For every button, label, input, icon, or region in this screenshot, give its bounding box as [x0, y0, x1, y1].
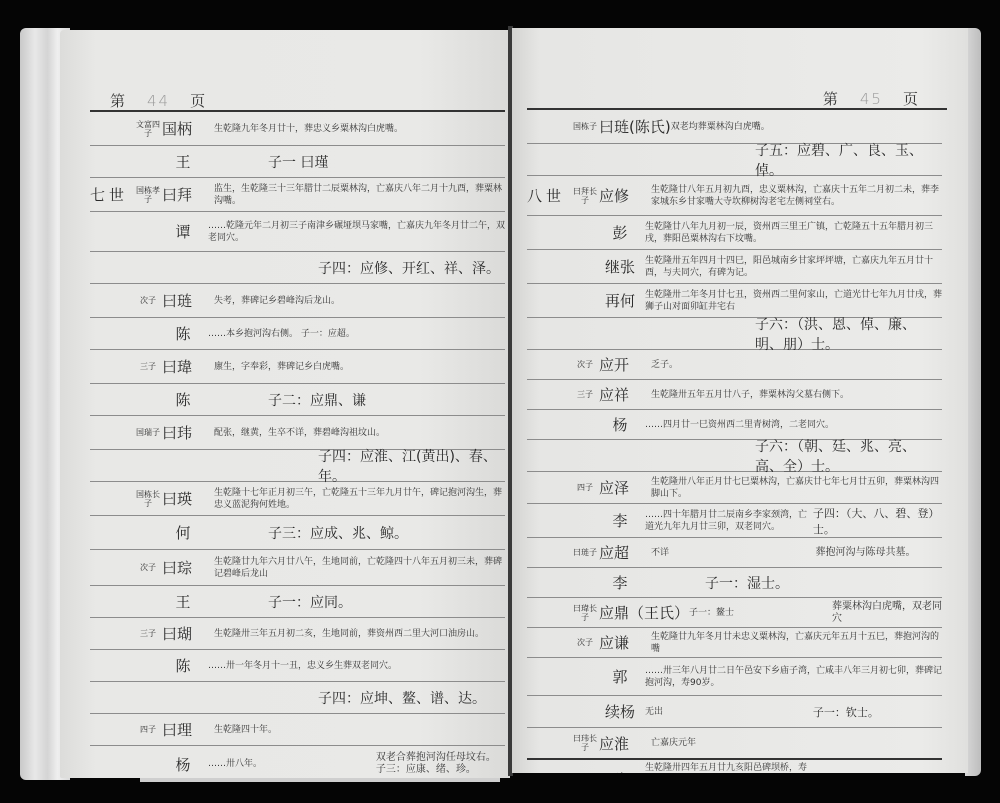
relation-label: 四子 [134, 725, 162, 734]
genealogy-row: 续杨无出子一：钦士。 [527, 696, 942, 728]
generation-label: 八世 [527, 185, 571, 206]
page-number: 44 [147, 92, 170, 110]
children-list: 子一：钦士。 [813, 704, 942, 720]
children-list: 子三：应成、兆、鲸。 [208, 523, 505, 543]
genealogy-row: 子四：应坤、鳌、谱、达。 [90, 682, 505, 714]
genealogy-row: 子四：应修、开红、祥、泽。 [90, 252, 505, 284]
spouse-name: 继张 [595, 256, 645, 277]
left-page: 第44页 文富四子国柄生乾隆九年冬月廿十，葬忠义乡粟林沟白虎嘴。王子一 曰瑾七世… [60, 30, 510, 778]
genealogy-row: 四子应泽生乾隆卅八年正月廿七巳粟林沟，亡嘉庆廿七年七月廿五卯，葬粟林沟四脚山下。 [527, 472, 942, 504]
biography-note: 生乾隆廿八年五月初九酉，忠义粟林沟，亡嘉庆十五年二月初二未，葬李家城东乡甘家嘴大… [651, 184, 942, 208]
children-list: 子四：（大、八、碧、登）士。 [813, 505, 942, 537]
genealogy-row: 李……四十年腊月廿二辰南乡李家颈湾，亡道光九年九月廿三卯，双老同穴。子四：（大、… [527, 504, 942, 538]
children-list: 子六：（朝、廷、兆、亮、高、全）士。 [645, 436, 942, 476]
person-name: 应泽 [599, 477, 651, 498]
genealogy-row: 次子应谦生乾隆廿九年冬月廿未忠义粟林沟，亡嘉庆元年五月十五巳，葬抱河沟的嘴 [527, 628, 942, 658]
biography-note: 生乾隆卅五年五月廿八子，葬粟林沟父墓右侧下。 [651, 389, 942, 401]
biography-note: 生乾隆廿八年九月初一辰，资州西三里王广镇，亡乾隆五十五年腊月初三戌，葬阳邑粟林沟… [645, 221, 942, 245]
person-name: 曰瑋 [162, 356, 214, 377]
genealogy-row: 陈……卅一年冬月十一丑，忠义乡生葬双老同穴。 [90, 650, 505, 682]
generation-label: 七世 [90, 184, 134, 205]
biography-note: 乏子。 [651, 359, 942, 371]
genealogy-row: 李子一：湿士。 [527, 568, 942, 598]
relation-label: 曰拜长子 [571, 187, 599, 205]
page-number: 45 [860, 90, 883, 108]
biography-note: 生乾隆四十年。 [214, 724, 505, 736]
spouse-name: 李 [595, 510, 645, 531]
biography-note: ……卅三年八月廿二日午邑安下乡庙子湾，亡咸丰八年三月初七卯，葬碑记抱河沟，寿90… [645, 665, 942, 689]
biography-note: 生乾隆廿九年六月廿八午，生地同前，亡乾隆四十八年五月初三未，葬碑记碧峰后龙山 [214, 556, 505, 580]
genealogy-row: 三子曰瑋廪生，字奉彩，葬碑记乡白虎嘴。 [90, 350, 505, 384]
genealogy-row: 七世国栋孝子曰拜监生，生乾隆三十三年腊廿二辰粟林沟，亡嘉庆八年二月十九酉，葬粟林… [90, 178, 505, 212]
genealogy-entries-left: 文富四子国柄生乾隆九年冬月廿十，葬忠义乡粟林沟白虎嘴。王子一 曰瑾七世国栋孝子曰… [90, 112, 505, 778]
biography-note: 子一：鳌士 [689, 607, 832, 619]
genealogy-row: 八世曰拜长子应修生乾隆廿八年五月初九酉，忠义粟林沟，亡嘉庆十五年二月初二未，葬李… [527, 176, 942, 216]
genealogy-row: 曰琏子应超不详葬抱河沟与陈母共墓。 [527, 538, 942, 568]
genealogy-row: 国栋长子曰瑛生乾隆十七年正月初三午，亡乾隆五十三年九月廿午，碑记抱河沟生，葬忠义… [90, 482, 505, 516]
biography-note: ……本乡抱河沟右侧。 子一：应超。 [208, 328, 505, 340]
genealogy-row: 子六：（洪、恩、倬、廉、明、朋）士。 [527, 318, 942, 350]
genealogy-row: 谭……乾隆元年二月初三子南津乡碾垭坝马家嘴，亡嘉庆九年冬月廿二午，双老同穴。 [90, 212, 505, 252]
biography-note: ……卅八年。 [208, 758, 376, 770]
biography-note: 失考，葬碑记乡碧峰沟后龙山。 [214, 295, 505, 307]
person-name: 应祥 [599, 384, 651, 405]
person-name: 应修 [599, 185, 651, 206]
genealogy-row: 子五：应碧、广、良、玉、倬。 [527, 144, 942, 176]
relation-label: 国栋子 [571, 122, 599, 131]
biography-note: 双老均葬粟林沟白虎嘴。 [671, 121, 942, 133]
biography-note: 生乾隆十七年正月初三午，亡乾隆五十三年九月廿午，碑记抱河沟生，葬忠义蓝泥狗何姓地… [214, 487, 505, 511]
genealogy-row: 陈……本乡抱河沟右侧。 子一：应超。 [90, 318, 505, 350]
relation-label: 国栋长子 [134, 490, 162, 508]
page-suffix: 页 [190, 92, 207, 110]
spouse-name: 再何 [595, 290, 645, 311]
relation-label: 文富四子 [134, 120, 162, 138]
spouse-name: 谭 [158, 221, 208, 242]
children-list: 子四：应修、开红、祥、泽。 [208, 258, 505, 278]
relation-label: 三子 [134, 362, 162, 371]
biography-note: 生乾隆卅三年五月初二亥，生地同前，葬资州西二里大河口油房山。 [214, 628, 505, 640]
biography-note: 生乾隆卅五年四月十四巳，阳邑城南乡甘家坪坪塘，亡嘉庆九年五月廿十酉，与夫同穴，有… [645, 255, 942, 279]
biography-note: 配张，继黄，生卒不详，葬碧峰沟祖坟山。 [214, 427, 505, 439]
genealogy-row: 四子曰理生乾隆四十年。 [90, 714, 505, 746]
biography-note: 生乾隆廿九年冬月廿未忠义粟林沟，亡嘉庆元年五月十五巳，葬抱河沟的嘴 [651, 631, 942, 655]
genealogy-row: 次子曰琮生乾隆廿九年六月廿八午，生地同前，亡乾隆四十八年五月初三未，葬碑记碧峰后… [90, 550, 505, 586]
relation-label: 曰玮长子 [571, 734, 599, 752]
biography-note: 生乾隆九年冬月廿十，葬忠义乡粟林沟白虎嘴。 [214, 123, 505, 135]
person-name: 应开 [599, 354, 651, 375]
genealogy-row: 次子曰琏失考，葬碑记乡碧峰沟后龙山。 [90, 284, 505, 318]
genealogy-row: 文富四子国柄生乾隆九年冬月廿十，葬忠义乡粟林沟白虎嘴。 [90, 112, 505, 146]
children-list: 子一：应同。 [208, 592, 505, 612]
genealogy-row: 陈子二：应鼎、谦 [90, 384, 505, 416]
biography-note: ……乾隆元年二月初三子南津乡碾垭坝马家嘴，亡嘉庆九年冬月廿二午，双老同穴。 [208, 220, 505, 244]
spouse-name: 杨 [595, 414, 645, 435]
children-list: 子二：(荣、维)士。 [813, 772, 942, 774]
genealogy-row: 曰玮长子应淮亡嘉庆元年 [527, 728, 942, 760]
page-prefix: 第 [110, 92, 127, 110]
biography-note: 生乾隆卅八年正月廿七巳粟林沟，亡嘉庆廿七年七月廿五卯，葬粟林沟四脚山下。 [651, 476, 942, 500]
genealogy-row: 三子应祥生乾隆卅五年五月廿八子，葬粟林沟父墓右侧下。 [527, 380, 942, 410]
relation-label: 国瑞子 [134, 428, 162, 437]
children-list: 子四：应坤、鳌、谱、达。 [208, 688, 505, 708]
genealogy-row: 陈生乾隆卅四年五月廿九亥阳邑碑坝桥，寿86岁，亡咸丰三年正月初三卯，葬碧峰沟祠左… [527, 760, 942, 773]
spouse-name: 李 [595, 572, 645, 593]
genealogy-row: 子六：（朝、廷、兆、亮、高、全）士。 [527, 440, 942, 472]
person-name: 曰琏(陈氏) [599, 116, 671, 137]
genealogy-row: 子四：应淮、江(黄出)、春、年。 [90, 450, 505, 482]
page-suffix: 页 [903, 90, 920, 108]
page-prefix: 第 [823, 90, 840, 108]
biography-note: 廪生，字奉彩，葬碑记乡白虎嘴。 [214, 361, 505, 373]
biography-note: ……四十年腊月廿二辰南乡李家颈湾，亡道光九年九月廿三卯，双老同穴。 [645, 509, 813, 533]
person-name: 曰玮 [162, 422, 214, 443]
biography-note: 无出 [645, 706, 813, 718]
right-page-header: 第45页 [823, 88, 920, 109]
relation-label: 三子 [571, 390, 599, 399]
relation-label: 国栋孝子 [134, 186, 162, 204]
children-list: 子二：应鼎、谦 [208, 390, 505, 410]
children-list: 子四：应淮、江(黄出)、春、年。 [208, 446, 505, 486]
genealogy-row: 次子应开乏子。 [527, 350, 942, 380]
relation-label: 曰瑋长子 [571, 604, 599, 622]
spouse-name: 王 [158, 591, 208, 612]
right-page: 第45页 国栋子曰琏(陈氏)双老均葬粟林沟白虎嘴。子五：应碧、广、良、玉、倬。八… [512, 28, 968, 773]
relation-label: 三子 [134, 629, 162, 638]
genealogy-row: 何子三：应成、兆、鲸。 [90, 516, 505, 550]
relation-label: 次子 [571, 638, 599, 647]
person-name: 国柄 [162, 118, 214, 139]
genealogy-row: 彭生乾隆廿八年九月初一辰，资州西三里王广镇，亡乾隆五十五年腊月初三戌，葬阳邑粟林… [527, 216, 942, 250]
person-name: 应淮 [599, 733, 651, 754]
burial-note: 葬抱河沟与陈母共墓。 [815, 547, 942, 559]
spouse-name: 何 [158, 522, 208, 543]
genealogy-row: 三子曰瑚生乾隆卅三年五月初二亥，生地同前，葬资州西二里大河口油房山。 [90, 618, 505, 650]
person-name: 应超 [599, 542, 651, 563]
biography-note: ……四月廿一巳资州西二里青树湾，二老同穴。 [645, 419, 942, 431]
children-list: 子一：湿士。 [645, 573, 942, 593]
spouse-name: 彭 [595, 222, 645, 243]
relation-label: 次子 [571, 360, 599, 369]
spouse-name: 杨 [158, 754, 208, 775]
genealogy-row: 杨……卅八年。双老合葬抱河沟任母坟右。子三：应康、绪、珍。 [90, 746, 505, 778]
biography-note: 不详 [651, 547, 815, 559]
spouse-name: 陈 [595, 769, 645, 773]
spouse-name: 陈 [158, 389, 208, 410]
spouse-name: 陈 [158, 323, 208, 344]
person-name: 曰拜 [162, 184, 214, 205]
children-list: 子五：应碧、广、良、玉、倬。 [645, 140, 942, 180]
biography-note: 亡嘉庆元年 [651, 737, 942, 749]
biography-note: 监生，生乾隆三十三年腊廿二辰粟林沟，亡嘉庆八年二月十九酉，葬粟林沟嘴。 [214, 183, 505, 207]
person-name: 曰瑚 [162, 623, 214, 644]
burial-note: 葬粟林沟白虎嘴，双老同穴 [832, 601, 942, 625]
children-list: 子六：（洪、恩、倬、廉、明、朋）士。 [645, 314, 942, 354]
biography-note: ……卅一年冬月十一丑，忠义乡生葬双老同穴。 [208, 660, 505, 672]
burial-note: 双老合葬抱河沟任母坟右。子三：应康、绪、珍。 [376, 752, 505, 776]
children-list: 子一 曰瑾 [208, 152, 505, 172]
spouse-name: 续杨 [595, 701, 645, 722]
genealogy-row: 继张生乾隆卅五年四月十四巳，阳邑城南乡甘家坪坪塘，亡嘉庆九年五月廿十酉，与夫同穴… [527, 250, 942, 284]
person-name: 曰理 [162, 719, 214, 740]
spouse-name: 郭 [595, 666, 645, 687]
person-name: 应谦 [599, 632, 651, 653]
relation-label: 四子 [571, 483, 599, 492]
genealogy-row: 王子一 曰瑾 [90, 146, 505, 178]
person-name: 曰瑛 [162, 488, 214, 509]
spouse-name: 陈 [158, 655, 208, 676]
genealogy-row: 郭……卅三年八月廿二日午邑安下乡庙子湾，亡咸丰八年三月初七卯，葬碑记抱河沟，寿9… [527, 658, 942, 696]
biography-note: 生乾隆卅二年冬月廿七丑，资州西二里何家山，亡道光廿七年九月廿戌，葬狮子山对面卯缸… [645, 289, 942, 313]
relation-label: 次子 [134, 563, 162, 572]
person-name: 曰琮 [162, 557, 214, 578]
relation-label: 曰琏子 [571, 548, 599, 557]
genealogy-entries-right: 国栋子曰琏(陈氏)双老均葬粟林沟白虎嘴。子五：应碧、广、良、玉、倬。八世曰拜长子… [527, 110, 942, 773]
genealogy-row: 曰瑋长子应鼎（王氏）子一：鳌士葬粟林沟白虎嘴，双老同穴 [527, 598, 942, 628]
biography-note: 生乾隆卅四年五月廿九亥阳邑碑坝桥，寿86岁，亡咸丰三年正月初三卯，葬碧峰沟祠左嘴… [645, 762, 813, 774]
genealogy-row: 王子一：应同。 [90, 586, 505, 618]
person-name: 曰琏 [162, 290, 214, 311]
relation-label: 次子 [134, 296, 162, 305]
left-page-header: 第44页 [110, 90, 207, 111]
spouse-name: 王 [158, 151, 208, 172]
person-name: 应鼎（王氏） [599, 602, 689, 623]
